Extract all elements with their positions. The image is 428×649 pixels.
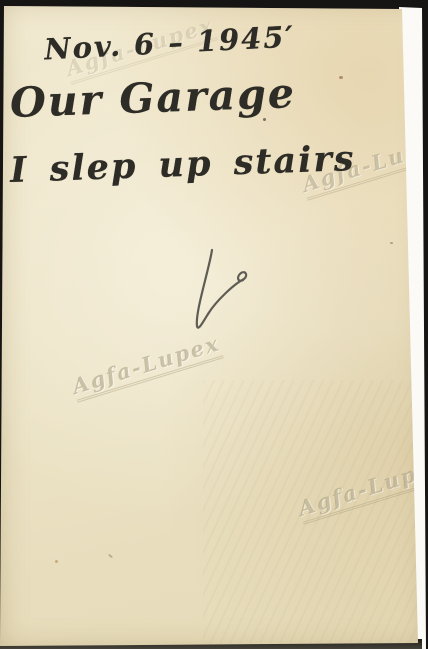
paper-speck: [390, 242, 393, 244]
paper-speck: [108, 554, 113, 559]
handwritten-caption: Our Garage: [9, 69, 296, 127]
pencil-checkmark-scribble: [182, 242, 262, 337]
paper-speck: [339, 76, 343, 79]
paper-speck: [263, 118, 266, 121]
handwritten-date: Nov. 6 – 1945′: [43, 19, 296, 66]
scanned-photo-back: Agfa-Lupex Agfa-Lupex Agfa-Lupex Agfa-Lu…: [0, 0, 428, 649]
agfa-lupex-watermark: Agfa-Lupex: [69, 330, 224, 402]
paper-speck: [55, 560, 58, 563]
photo-paper: Agfa-Lupex Agfa-Lupex Agfa-Lupex Agfa-Lu…: [0, 0, 428, 649]
